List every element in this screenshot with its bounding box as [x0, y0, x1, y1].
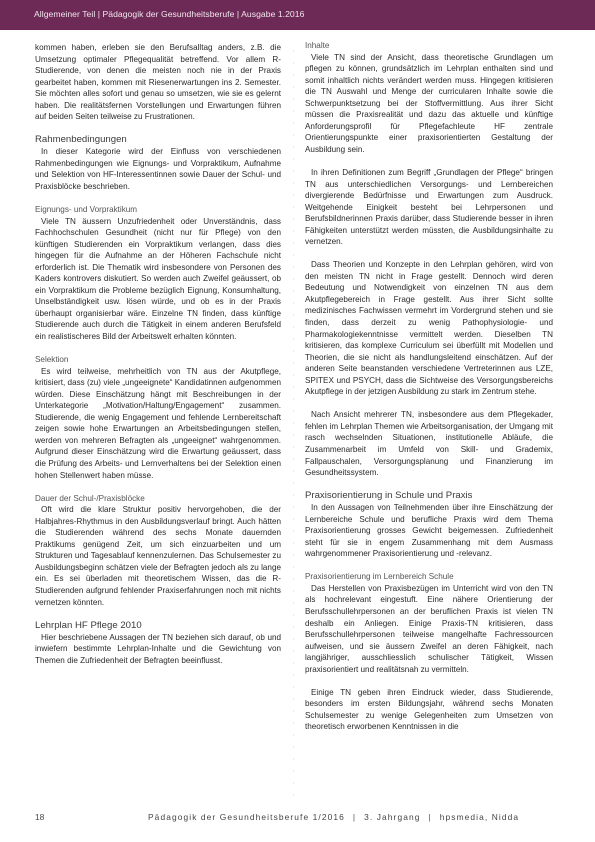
paragraph-lehrplan: Hier beschriebene Aussagen der TN bezieh… [35, 632, 281, 667]
paragraph-selektion: Es wird teilweise, mehrheitlich von TN a… [35, 366, 281, 481]
footer-citation: Pädagogik der Gesundheitsberufe 1/2016|3… [148, 812, 519, 822]
paragraph-praxisorientierung: In den Aussagen von Teilnehmenden über i… [305, 502, 553, 560]
paragraph-eignung: Viele TN äussern Unzufriedenheit oder Un… [35, 216, 281, 343]
footer-volume: 3. Jahrgang [364, 812, 420, 822]
page-footer: 18 Pädagogik der Gesundheitsberufe 1/201… [0, 810, 595, 830]
footer-separator: | [428, 812, 431, 822]
paragraph-rahmenbedingungen: In dieser Kategorie wird der Einfluss vo… [35, 146, 281, 192]
footer-separator: | [353, 812, 356, 822]
running-header-bar: Allgemeiner Teil | Pädagogik der Gesundh… [0, 0, 595, 30]
heading-dauer: Dauer der Schul-/Praxisblöcke [35, 493, 281, 505]
paragraph-intro: kommen haben, erleben sie den Berufsallt… [35, 42, 281, 123]
column-divider [293, 40, 294, 800]
heading-rahmenbedingungen: Rahmenbedingungen [35, 134, 281, 146]
paragraph-lernbereich-schule: Das Herstellen von Praxisbezügen im Unte… [305, 583, 553, 675]
left-column: kommen haben, erleben sie den Berufsallt… [35, 42, 281, 666]
heading-praxisorientierung: Praxisorientierung in Schule und Praxis [305, 490, 553, 502]
paragraph-kader: Nach Ansicht mehrerer TN, insbesondere a… [305, 409, 553, 478]
heading-lehrplan: Lehrplan HF Pflege 2010 [35, 620, 281, 632]
paragraph-dauer: Oft wird die klare Struktur positiv herv… [35, 504, 281, 608]
footer-publisher: hpsmedia, Nidda [440, 812, 519, 822]
footer-journal: Pädagogik der Gesundheitsberufe 1/2016 [148, 812, 345, 822]
paragraph-theorien: Dass Theorien und Konzepte in den Lehrpl… [305, 259, 553, 398]
heading-selektion: Selektion [35, 354, 281, 366]
running-header-title: Allgemeiner Teil | Pädagogik der Gesundh… [34, 9, 304, 19]
page-number: 18 [35, 812, 44, 822]
paragraph-definitionen: In ihren Definitionen zum Begriff „Grund… [305, 167, 553, 248]
heading-inhalte: Inhalte [305, 40, 553, 52]
heading-eignung: Eignungs- und Vorpraktikum [35, 204, 281, 216]
heading-lernbereich-schule: Praxisorientierung im Lernbereich Schule [305, 571, 553, 583]
paragraph-einige-tn: Einige TN geben ihren Eindruck wieder, d… [305, 687, 553, 733]
right-column: Inhalte Viele TN sind der Ansicht, dass … [305, 40, 553, 733]
paragraph-inhalte: Viele TN sind der Ansicht, dass theoreti… [305, 52, 553, 156]
